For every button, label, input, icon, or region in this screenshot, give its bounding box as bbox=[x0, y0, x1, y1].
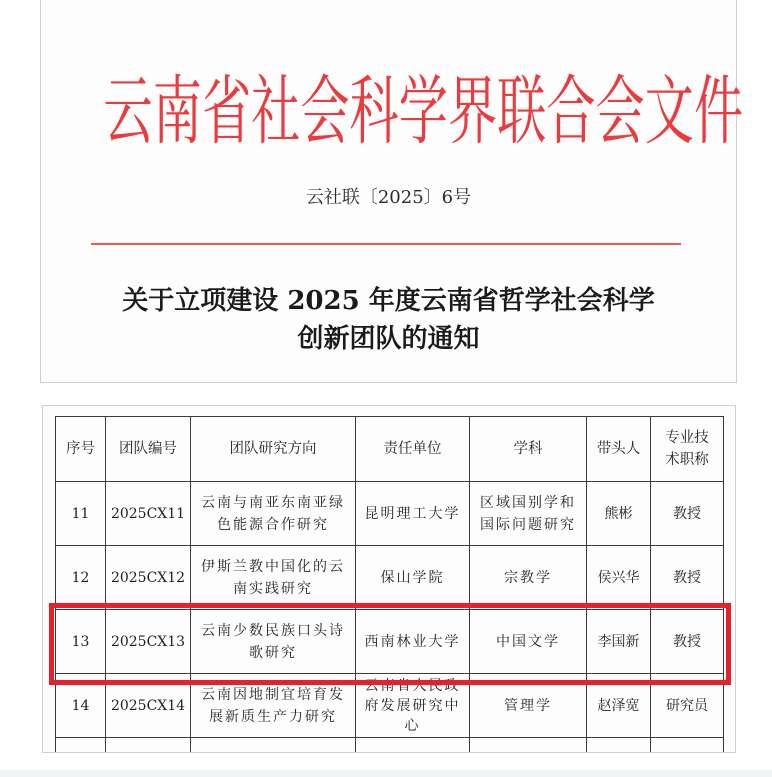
header-unit: 责任单位 bbox=[356, 417, 470, 482]
document-header-panel: 云南省社会科学界联合会文件 云社联〔2025〕6号 关于立项建设 2025 年度… bbox=[40, 0, 737, 383]
cell-direction: 伊斯兰教中国化的云南实践研究 bbox=[191, 546, 356, 610]
cell-no: 12 bbox=[56, 546, 106, 610]
cell-title: 教授 bbox=[651, 546, 724, 610]
cell-leader: 熊彬 bbox=[587, 482, 651, 546]
cell-leader: 侯兴华 bbox=[587, 546, 651, 610]
header-no: 序号 bbox=[56, 417, 106, 482]
cell-unit: 昆明理工大学 bbox=[356, 482, 470, 546]
table-header-row: 序号 团队编号 团队研究方向 责任单位 学科 带头人 专业技术职称 bbox=[56, 417, 724, 482]
header-discipline: 学科 bbox=[470, 417, 587, 482]
issuer-header: 云南省社会科学界联合会文件 bbox=[104, 52, 674, 160]
cell-empty bbox=[106, 738, 191, 754]
cell-no: 11 bbox=[56, 482, 106, 546]
cell-unit: 保山学院 bbox=[356, 546, 470, 610]
title-line-2: 创新团队的通知 bbox=[41, 320, 736, 358]
cell-discipline: 宗教学 bbox=[470, 546, 587, 610]
table-row-cutoff bbox=[56, 738, 724, 754]
cell-code: 2025CX11 bbox=[106, 482, 191, 546]
header-leader: 带头人 bbox=[587, 417, 651, 482]
cell-direction: 云南与南亚东南亚绿色能源合作研究 bbox=[191, 482, 356, 546]
cell-empty bbox=[470, 738, 587, 754]
table-panel: 序号 团队编号 团队研究方向 责任单位 学科 带头人 专业技术职称 11 202… bbox=[42, 405, 736, 753]
header-title: 专业技术职称 bbox=[651, 417, 724, 482]
table-row: 12 2025CX12 伊斯兰教中国化的云南实践研究 保山学院 宗教学 侯兴华 … bbox=[56, 546, 724, 610]
bottom-strip bbox=[0, 770, 772, 777]
teams-table: 序号 团队编号 团队研究方向 责任单位 学科 带头人 专业技术职称 11 202… bbox=[55, 416, 724, 753]
cell-empty bbox=[191, 738, 356, 754]
cell-empty bbox=[587, 738, 651, 754]
title-line-1: 关于立项建设 2025 年度云南省哲学社会科学 bbox=[41, 282, 736, 320]
header-direction: 团队研究方向 bbox=[191, 417, 356, 482]
table-row: 11 2025CX11 云南与南亚东南亚绿色能源合作研究 昆明理工大学 区域国别… bbox=[56, 482, 724, 546]
cell-empty bbox=[56, 738, 106, 754]
header-code: 团队编号 bbox=[106, 417, 191, 482]
cell-discipline: 区域国别学和国际问题研究 bbox=[470, 482, 587, 546]
document-title: 关于立项建设 2025 年度云南省哲学社会科学 创新团队的通知 bbox=[41, 282, 736, 358]
highlight-annotation-box bbox=[49, 603, 731, 685]
cell-code: 2025CX12 bbox=[106, 546, 191, 610]
cell-title: 教授 bbox=[651, 482, 724, 546]
red-divider bbox=[91, 243, 681, 245]
cell-empty bbox=[651, 738, 724, 754]
document-number: 云社联〔2025〕6号 bbox=[41, 183, 736, 209]
cell-empty bbox=[356, 738, 470, 754]
